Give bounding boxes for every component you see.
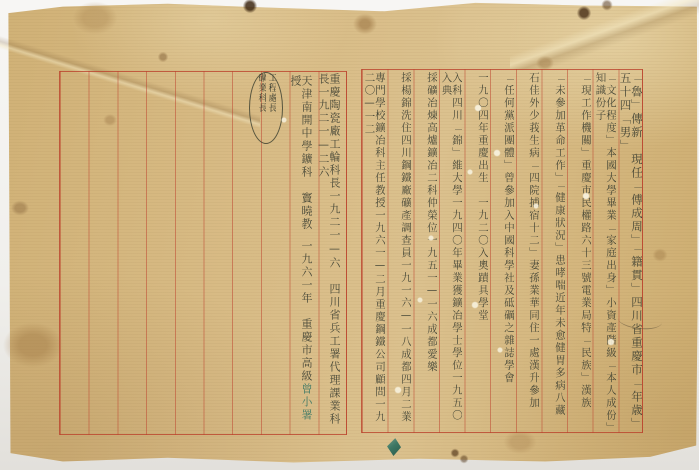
handwriting-column-left-a: 重慶陶瓷廠工輪科長一九二一—六 四川省兵工署代理課業科長一九二一—二六 [318, 73, 340, 429]
scanned-document: 重慶陶瓷廠工輪科長一九二一—六 四川省兵工署代理課業科長一九二一—二六 天津南開… [0, 0, 699, 470]
handwriting-column-r8: 入科四川「錦」維大學一九四〇年畢業獲鑛冶學士學位一九五〇入典 [440, 72, 462, 430]
handwriting-column-left-b-bottom: 一九六一年 重慶市高級曾小署 [290, 240, 312, 430]
handwriting-column-r3: 「現工作機關」重慶市民權路六十三號電業局特「民族」漢族 [569, 72, 591, 430]
circled-annotation-line-right: 工程處長 [267, 73, 276, 143]
circled-annotation: 工程處長 礦業科長 [249, 72, 283, 144]
handwriting-text: 一九六一年 重慶市高級 [300, 240, 312, 383]
green-ink-signature: 曾小署 [300, 383, 312, 422]
handwriting-column-left-b-top: 天津南開中學鑛科 竇曉教授 [290, 75, 312, 235]
handwriting-column-r5: 石佳外少莪生病「四院捕宿十二」妻孫業華同住一處漢升參加 [517, 72, 539, 430]
handwriting-column-r11: 專門學校鑛冶科主任教授一九六一—二月重慶鋼鐵公司顧問一九二〇—一二 [363, 72, 385, 430]
handwriting-column-r1: 「魯」傳新 現任「傅成周」「籍貫」四川省重慶市「年歳」五十四「男」 [620, 72, 642, 430]
handwriting-column-r2: 「文化程度」本國大學畢業「家庭出身」小資產階級「本人成份」知識份子 [594, 72, 616, 430]
circled-annotation-line-left: 礦業科長 [257, 73, 266, 143]
handwriting-column-r7: 一九〇四年重慶出生 一九二〇入奧蹟具學堂 [466, 72, 488, 430]
handwriting-column-r9: 採礦冶煉高爐鑛冶二科仲榮位一九五一—一六成都愛樂 [415, 72, 437, 430]
handwriting-column-r10: 採楊錦洗住四川鋼鐵廠礦產調查員一九一六—一八成都四月二業 [389, 72, 411, 430]
handwriting-column-r4: 「未參加革命工作」「健康狀況」患哮喘近年未愈健胃多病八藏 [543, 72, 565, 430]
handwriting-column-r6: 「任何黨派團體」曾參加入中國科學社及砥礪之雜誌學會 [492, 72, 514, 430]
